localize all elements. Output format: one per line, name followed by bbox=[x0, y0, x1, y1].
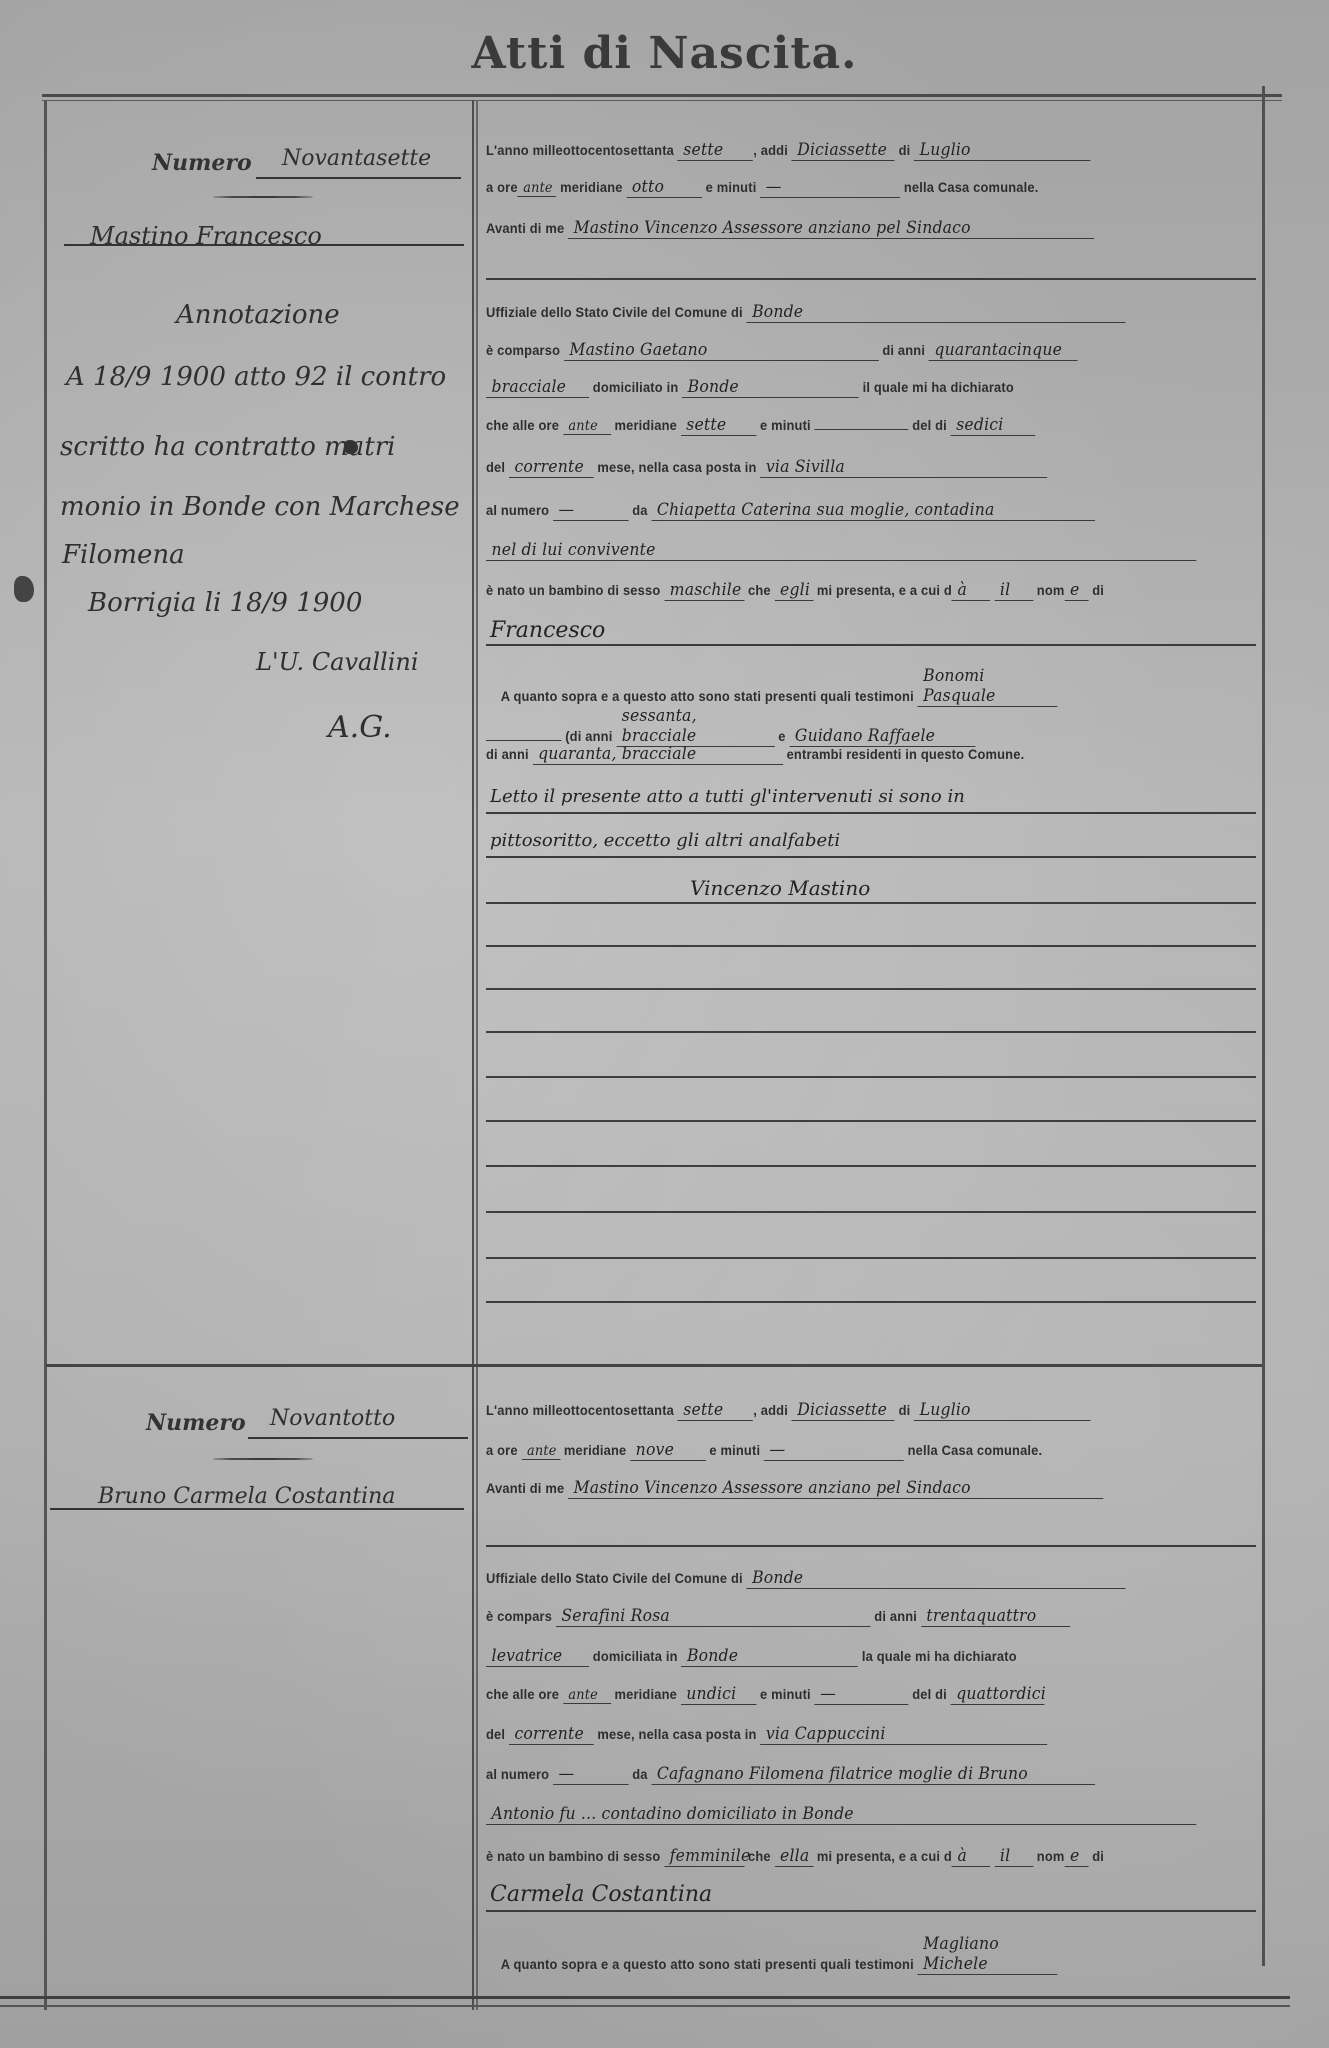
form-line-domicilio: bracciale domiciliato in Bonde il quale … bbox=[486, 377, 1194, 398]
annotation-heading: Annotazione bbox=[176, 300, 340, 330]
label-casa-comunale: nella Casa comunale. bbox=[904, 179, 1039, 195]
value-witness-1-age: sessanta, bracciale bbox=[616, 706, 774, 747]
form-rule bbox=[486, 1076, 1256, 1078]
value-da: à bbox=[952, 1846, 991, 1867]
value-ante: ante bbox=[518, 180, 557, 197]
label-meridiane: meridiane bbox=[564, 1442, 627, 1458]
form-line-time-birth: che alle ore ante meridiane undici e min… bbox=[486, 1684, 1194, 1705]
form-line-comune: Uffiziale dello Stato Civile del Comune … bbox=[486, 1568, 1194, 1589]
label-casa-comunale: nella Casa comunale. bbox=[908, 1442, 1043, 1458]
value-hour: otto bbox=[626, 177, 701, 198]
numero-value: Novantotto bbox=[270, 1406, 395, 1431]
label-addi: addi bbox=[761, 142, 788, 158]
annotation-line: monio in Bonde con Marchese bbox=[60, 492, 460, 522]
form-rule bbox=[486, 988, 1256, 990]
form-line-comparso: è comparso Mastino Gaetano di anni quara… bbox=[486, 340, 1194, 361]
label-di-anni: di anni bbox=[882, 342, 925, 358]
form-line-testimoni: A quanto sopra e a questo atto sono stat… bbox=[486, 666, 1194, 707]
value-il: il bbox=[994, 1846, 1033, 1867]
label-meridiane: meridiane bbox=[560, 179, 623, 195]
value-street: via Sivilla bbox=[760, 457, 1047, 478]
value-domicile: Bonde bbox=[681, 1646, 858, 1667]
value-ante: ante bbox=[563, 418, 611, 435]
value-house-number: — bbox=[553, 500, 628, 521]
label-nato: è nato un bambino di sesso bbox=[486, 1848, 660, 1864]
label-meridiane: meridiane bbox=[614, 1686, 677, 1702]
label-di: di bbox=[1092, 1848, 1104, 1864]
value-month: Luglio bbox=[914, 140, 1091, 161]
label-del: del bbox=[486, 1726, 505, 1742]
frame-bottom-rule bbox=[0, 1996, 1290, 2007]
form-rule bbox=[486, 1031, 1256, 1033]
form-rule bbox=[486, 1301, 1256, 1303]
label-al-numero: al numero bbox=[486, 1766, 549, 1782]
form-rule bbox=[486, 1120, 1256, 1122]
value-officer: Mastino Vincenzo Assessore anziano pel S… bbox=[568, 1478, 1103, 1499]
value-year: sette bbox=[678, 1400, 753, 1421]
label-domiciliato: domiciliata in bbox=[593, 1648, 678, 1664]
form-line-casa: del corrente mese, nella casa posta in v… bbox=[486, 1724, 1194, 1745]
value-pronoun: ella bbox=[774, 1846, 813, 1867]
label-testimoni: A quanto sopra e a questo atto sono stat… bbox=[486, 1956, 914, 1972]
ink-blot bbox=[344, 440, 358, 454]
form-line-numero: al numero — da Chiapetta Caterina sua mo… bbox=[486, 500, 1194, 521]
label-testimoni: A quanto sopra e a questo atto sono stat… bbox=[486, 688, 914, 704]
form-line-domicilio: levatrice domiciliata in Bonde la quale … bbox=[486, 1646, 1194, 1667]
column-divider bbox=[472, 100, 474, 2010]
value-house-number: — bbox=[553, 1764, 628, 1785]
annotation-place-date: Borrigia li 18/9 1900 bbox=[88, 588, 362, 618]
value-mother: Cafagnano Filomena filatrice moglie di B… bbox=[651, 1764, 1094, 1785]
value-month-ref: corrente bbox=[509, 1724, 594, 1745]
label-del-di: del di bbox=[912, 417, 947, 433]
value-blank bbox=[486, 740, 561, 741]
label-che: che bbox=[748, 582, 771, 598]
value-e: e bbox=[1065, 580, 1089, 601]
label-uffiziale: Uffiziale dello Stato Civile del Comune … bbox=[486, 1570, 743, 1586]
value-profession: levatrice bbox=[486, 1646, 589, 1667]
form-line-avanti: Avanti di me Mastino Vincenzo Assessore … bbox=[486, 218, 1194, 239]
label-nome: nom bbox=[1037, 1848, 1065, 1864]
form-line-casa: del corrente mese, nella casa posta in v… bbox=[486, 457, 1194, 478]
form-rule bbox=[486, 278, 1256, 280]
label-nome: nom bbox=[1037, 582, 1065, 598]
value-ante: ante bbox=[563, 1687, 611, 1704]
label-residenti: entrambi residenti in questo Comune. bbox=[787, 746, 1025, 762]
label-casa-posta: mese, nella casa posta in bbox=[597, 1726, 756, 1742]
label-addi: addi bbox=[761, 1402, 788, 1418]
label-di: di bbox=[1092, 582, 1104, 598]
label-dichiarato: la quale mi ha dichiarato bbox=[862, 1648, 1017, 1664]
form-line-year: L'anno milleottocentosettanta sette, add… bbox=[486, 1400, 1194, 1421]
value-minutes: — bbox=[760, 177, 900, 198]
value-minutes bbox=[815, 429, 909, 430]
form-rule bbox=[486, 1910, 1256, 1912]
label-che: che bbox=[748, 1848, 771, 1864]
value-pronoun: egli bbox=[774, 580, 813, 601]
label-dichiarato: il quale mi ha dichiarato bbox=[863, 379, 1014, 395]
value-mother-continued: nel di lui convivente bbox=[486, 540, 1196, 561]
form-line-hour: a oreante meridiane otto e minuti — nell… bbox=[486, 177, 1194, 198]
label-da: da bbox=[632, 502, 647, 518]
annotation-initials: A.G. bbox=[328, 710, 392, 745]
value-declarant: Serafini Rosa bbox=[556, 1606, 871, 1627]
value-month: Luglio bbox=[914, 1400, 1091, 1421]
value-hour: sette bbox=[681, 415, 756, 436]
value-day: Diciassette bbox=[792, 140, 895, 161]
document-title: Atti di Nascita. bbox=[0, 28, 1329, 79]
form-line-continued: Antonio fu ... contadino domiciliato in … bbox=[486, 1804, 1194, 1825]
label-del: del bbox=[486, 459, 505, 475]
numero-underline bbox=[256, 177, 461, 179]
record-name: Bruno Carmela Costantina bbox=[98, 1484, 395, 1509]
numero-label: Numero bbox=[146, 1410, 246, 1436]
form-line-comune: Uffiziale dello Stato Civile del Comune … bbox=[486, 302, 1194, 323]
value-il: il bbox=[994, 580, 1033, 601]
label-minuti: e minuti bbox=[709, 1442, 760, 1458]
value-birth-day: sedici bbox=[951, 415, 1036, 436]
value-da: à bbox=[952, 580, 991, 601]
value-comune: Bonde bbox=[747, 1568, 1126, 1589]
label-a-ore: a ore bbox=[486, 1442, 518, 1458]
value-age: trentaquattro bbox=[921, 1606, 1070, 1627]
ink-blot bbox=[14, 576, 34, 602]
label-di: di bbox=[899, 142, 911, 158]
label-di-anni: di anni bbox=[486, 746, 529, 762]
value-hour: undici bbox=[681, 1684, 756, 1705]
label-di-anni: di anni bbox=[570, 728, 613, 744]
value-witness-1: Magliano Michele bbox=[918, 1934, 1058, 1975]
value-comune: Bonde bbox=[747, 302, 1126, 323]
form-rule bbox=[486, 902, 1256, 904]
flourish-rule bbox=[213, 196, 313, 198]
frame-left-rule bbox=[44, 100, 47, 2010]
label-anno: L'anno milleottocentosettanta bbox=[486, 142, 674, 158]
value-sex: maschile bbox=[664, 580, 744, 601]
name-underline bbox=[50, 1508, 464, 1510]
value-mother-continued: Antonio fu ... contadino domiciliato in … bbox=[486, 1804, 1196, 1825]
label-di-anni: di anni bbox=[874, 1608, 917, 1624]
label-minuti: e minuti bbox=[760, 417, 811, 433]
form-line-continued: nel di lui convivente bbox=[486, 540, 1194, 561]
label-uffiziale: Uffiziale dello Stato Civile del Comune … bbox=[486, 304, 743, 320]
value-month-ref: corrente bbox=[509, 457, 594, 478]
value-child-name: Francesco bbox=[490, 618, 605, 643]
value-mother: Chiapetta Caterina sua moglie, contadina bbox=[651, 500, 1094, 521]
document-page: Atti di Nascita. Numero Novantasette Mas… bbox=[0, 0, 1329, 2048]
label-di: di bbox=[899, 1402, 911, 1418]
value-domicile: Bonde bbox=[682, 377, 859, 398]
label-che-alle-ore: che alle ore bbox=[486, 417, 559, 433]
value-witness-1: Bonomi Pasquale bbox=[918, 666, 1058, 707]
label-presenta: mi presenta, e a cui d bbox=[817, 1848, 952, 1864]
label-che-alle-ore: che alle ore bbox=[486, 1686, 559, 1702]
label-casa-posta: mese, nella casa posta in bbox=[597, 459, 756, 475]
value-profession: bracciale bbox=[486, 377, 589, 398]
value-minutes: — bbox=[764, 1440, 904, 1461]
label-domiciliato: domiciliato in bbox=[593, 379, 679, 395]
value-witness-2-age: quaranta, bracciale bbox=[533, 744, 783, 765]
label-avanti-di-me: Avanti di me bbox=[486, 1480, 564, 1496]
form-line-witness-ages: (di anni sessanta, bracciale e Guidano R… bbox=[486, 706, 1194, 747]
form-line-numero: al numero — da Cafagnano Filomena filatr… bbox=[486, 1764, 1194, 1785]
label-a-ore: a ore bbox=[486, 179, 518, 195]
form-line-testimoni: A quanto sopra e a questo atto sono stat… bbox=[486, 1934, 1194, 1975]
value-birth-day: quattordici bbox=[951, 1684, 1045, 1705]
label-anno: L'anno milleottocentosettanta bbox=[486, 1402, 674, 1418]
form-rule bbox=[486, 644, 1256, 646]
numero-underline bbox=[248, 1437, 468, 1439]
form-rule bbox=[486, 1545, 1256, 1547]
label-minuti: e minuti bbox=[706, 179, 757, 195]
label-avanti-di-me: Avanti di me bbox=[486, 220, 564, 236]
numero-label: Numero bbox=[152, 150, 252, 176]
flourish-rule bbox=[213, 1458, 313, 1460]
value-child-name: Carmela Costantina bbox=[490, 1882, 712, 1907]
label-presenta: mi presenta, e a cui d bbox=[817, 582, 952, 598]
value-sex: femminile bbox=[664, 1846, 744, 1867]
label-comparso: è comparso bbox=[486, 342, 560, 358]
label-al-numero: al numero bbox=[486, 502, 549, 518]
value-year: sette bbox=[678, 140, 753, 161]
form-rule bbox=[486, 945, 1256, 947]
label-meridiane: meridiane bbox=[614, 417, 677, 433]
form-line-time-birth: che alle ore ante meridiane sette e minu… bbox=[486, 415, 1194, 436]
value-declarant: Mastino Gaetano bbox=[564, 340, 879, 361]
label-del-di: del di bbox=[912, 1686, 947, 1702]
value-closing-line: Letto il presente atto a tutti gl'interv… bbox=[490, 786, 965, 807]
form-line-residenti: di anni quaranta, bracciale entrambi res… bbox=[486, 744, 1194, 765]
record-separator bbox=[46, 1364, 1262, 1367]
label-e: e bbox=[778, 728, 785, 744]
value-ante: ante bbox=[521, 1443, 560, 1460]
frame-right-rule bbox=[1262, 86, 1265, 1966]
value-closing-line: pittosoritto, eccetto gli altri analfabe… bbox=[490, 830, 840, 851]
label-comparso: è compars bbox=[486, 1608, 552, 1624]
annotation-signature: L'U. Cavallini bbox=[256, 648, 419, 676]
form-line-hour: a ore ante meridiane nove e minuti — nel… bbox=[486, 1440, 1194, 1461]
frame-top-rule bbox=[42, 94, 1282, 101]
numero-value: Novantasette bbox=[282, 146, 431, 171]
value-street: via Cappuccini bbox=[760, 1724, 1047, 1745]
form-rule bbox=[486, 1257, 1256, 1259]
value-day: Diciassette bbox=[792, 1400, 895, 1421]
form-rule bbox=[486, 856, 1256, 858]
annotation-line: A 18/9 1900 atto 92 il contro bbox=[66, 362, 446, 392]
form-line-avanti: Avanti di me Mastino Vincenzo Assessore … bbox=[486, 1478, 1194, 1499]
form-rule bbox=[486, 1211, 1256, 1213]
name-underline bbox=[64, 244, 464, 246]
form-rule bbox=[486, 812, 1256, 814]
annotation-line: Filomena bbox=[62, 540, 185, 570]
form-line-comparso: è compars Serafini Rosa di anni trentaqu… bbox=[486, 1606, 1194, 1627]
label-da: da bbox=[632, 1766, 647, 1782]
label-minuti: e minuti bbox=[760, 1686, 811, 1702]
label-nato: è nato un bambino di sesso bbox=[486, 582, 660, 598]
form-line-sesso: è nato un bambino di sesso femminile che… bbox=[486, 1846, 1194, 1867]
value-e: e bbox=[1065, 1846, 1089, 1867]
form-line-sesso: è nato un bambino di sesso maschile che … bbox=[486, 580, 1194, 601]
value-signature: Vincenzo Mastino bbox=[690, 876, 870, 900]
form-line-year: L'anno milleottocentosettanta sette, add… bbox=[486, 140, 1194, 161]
value-hour: nove bbox=[630, 1440, 705, 1461]
value-officer: Mastino Vincenzo Assessore anziano pel S… bbox=[568, 218, 1094, 239]
value-minutes: — bbox=[815, 1684, 909, 1705]
form-rule bbox=[486, 1165, 1256, 1167]
value-age: quarantacinque bbox=[929, 340, 1078, 361]
